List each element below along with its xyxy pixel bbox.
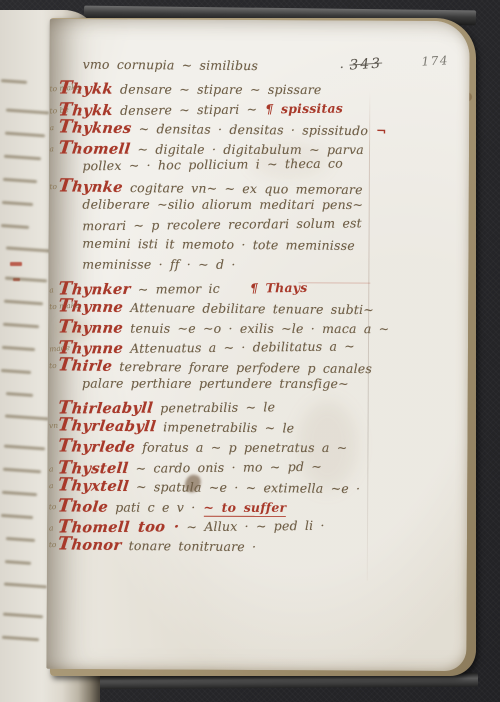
rubric-tail: ¶ spissitas — [265, 100, 343, 116]
facing-page-ghost-text — [6, 537, 35, 542]
entry-text: ~ Allux · ~ ped li · — [186, 518, 324, 534]
facing-page-ghost-text — [1, 224, 29, 229]
entry-text: morari ~ p recolere recordari solum est — [82, 215, 362, 233]
glossary-line: deliberare ~silio aliorum meditari pens~ — [58, 197, 388, 217]
text-block: vmo cornupia ~ similibusto makeThykkdens… — [58, 58, 389, 556]
headword-rubric: Thonor — [57, 534, 123, 556]
manuscript-photograph: 343 174 vmo cornupia ~ similibusto makeT… — [0, 0, 500, 702]
folio-number-pencil: 174 — [421, 53, 449, 68]
glossary-line: aThomell~ digitale · digitabulum ~ parva — [58, 137, 388, 157]
facing-page-ghost-text — [3, 178, 37, 183]
entry-text: ~ memor ic — [138, 281, 220, 297]
glossary-line: toTholepati c e v ·~ to suffer — [58, 495, 388, 515]
facing-page-ghost-text — [6, 246, 51, 252]
facing-page-ghost-text — [4, 155, 41, 161]
glossary-line: aThyknes~ densitas · densitas · spissitu… — [58, 116, 388, 139]
glossary-line: aThystell~ cardo onis · mo ~ pd ~ — [58, 454, 388, 477]
entry-text: ~ cardo onis · mo ~ pd ~ — [136, 459, 322, 476]
entry-text: terebrare forare perfodere p canales — [119, 359, 372, 376]
entry-text: vmo cornupia ~ similibus — [83, 57, 259, 74]
entry-text: densere ~ stipari ~ — [120, 101, 257, 117]
glossary-line: vmo cornupia ~ similibus — [59, 56, 389, 79]
entry-text: tenuis ~e ~o · exilis ~le · maca a ~ — [130, 320, 389, 335]
facing-page-ghost-text — [5, 132, 45, 138]
glossary-line: to beThykkdensere ~ stipari ~¶ spissitas — [58, 96, 388, 119]
headword-rubric: Thyrlede — [57, 435, 137, 456]
entry-text: Attenuare debilitare tenuare subti~ — [130, 300, 374, 317]
entry-text: penetrabilis ~ le — [160, 399, 275, 415]
facing-page-ghost-text — [5, 414, 49, 420]
facing-page-ghost-text — [3, 323, 39, 329]
entry-text: ~ densitas · densitas · spissitudo — [139, 121, 369, 138]
headword-rubric: Thynke — [57, 176, 124, 198]
entry-text: Attenuatus a ~ · debilitatus a ~ — [130, 339, 355, 356]
facing-page-ghost-text — [2, 491, 37, 496]
headword-rubric: Thomell — [57, 137, 131, 158]
glossary-line: toThonortonare tonitruare · — [58, 534, 388, 557]
rubric-tail: ¶ Thays — [250, 280, 308, 296]
entry-text: ~ spatula ~e · ~ extimella ~e · — [136, 479, 360, 496]
entry-text: pati c e v · — [115, 499, 195, 514]
manuscript-page: 343 174 vmo cornupia ~ similibusto makeT… — [46, 19, 469, 671]
facing-page-ghost-text — [3, 468, 41, 474]
glossary-line: Thynnetenuis ~e ~o · exilis ~le · maca a… — [58, 316, 388, 336]
headword-rubric: Thynne — [57, 316, 124, 337]
facing-page-ghost-text — [2, 201, 33, 206]
headword-rubric: Thirle — [57, 355, 114, 376]
headword-rubric: Thynne — [57, 295, 124, 317]
facing-page-ghost-text — [5, 277, 47, 283]
glossary-line: Thyrledeforatus a ~ p penetratus a ~ — [58, 435, 388, 455]
glossary-line: toThirleterebrare forare perfodere p can… — [58, 355, 388, 378]
glossary-line: to makeThynneAttenuare debilitare tenuar… — [58, 295, 388, 318]
facing-page-ghost-text — [1, 369, 31, 374]
glossary-line: palare perthiare pertundere transfige~ — [58, 376, 388, 396]
facing-page-red-mark — [10, 262, 22, 266]
entry-text: foratus a ~ p penetratus a ~ — [142, 440, 347, 455]
headword-rubric: Thyrleabyll — [57, 414, 158, 436]
headword-rubric: Thykk — [57, 77, 114, 98]
facing-page-ghost-text — [5, 560, 31, 565]
glossary-line: memini isti it memoto · tote meminisse — [58, 235, 388, 258]
facing-page-ghost-text — [2, 636, 39, 642]
facing-page-ghost-text — [6, 392, 33, 397]
facing-page-ghost-text — [3, 613, 43, 619]
facing-page-ghost-text — [4, 300, 43, 306]
rubric-tail: ¬ — [376, 123, 387, 138]
glossary-line: vnThyrleabyllimpenetrabilis ~ le — [58, 414, 388, 437]
entry-text: meminisse · ff · ~ d · — [82, 256, 235, 271]
facing-page-ghost-text — [6, 109, 49, 115]
glossary-line: toThynkecogitare vn~ ~ ex quo memorare — [58, 176, 388, 199]
entry-text: densare ~ stipare ~ spissare — [120, 82, 321, 97]
entry-text: memini isti it memoto · tote meminisse — [82, 236, 355, 253]
facing-page-ghost-text — [1, 514, 33, 519]
headword-rubric: Thyxtell — [57, 474, 131, 496]
glossary-line: to makeThykkdensare ~ stipare ~ spissare — [59, 77, 389, 97]
entry-text: pollex ~ · hoc pollicium i ~ theca co — [82, 156, 343, 174]
glossary-line: aThyxtell~ spatula ~e · ~ extimella ~e · — [58, 474, 388, 497]
headword-rubric: Thyknes — [57, 116, 133, 138]
facing-page-ghost-text — [4, 445, 45, 451]
entry-text: ~ digitale · digitabulum ~ parva — [137, 141, 363, 156]
headword-rubric: Thole — [57, 495, 110, 516]
entry-text: palare perthiare pertundere transfige~ — [82, 376, 349, 391]
entry-text: deliberare ~silio aliorum meditari pens~ — [82, 197, 363, 212]
glossary-line: meminisse · ff · ~ d · — [58, 256, 388, 276]
entry-text: impenetrabilis ~ le — [163, 419, 294, 435]
facing-page-ghost-text — [4, 583, 47, 589]
glossary-line: aThynker~ memor ic¶ Thays — [58, 275, 388, 298]
entry-text: cogitare vn~ ~ ex quo memorare — [130, 180, 363, 197]
facing-page-ghost-text — [2, 346, 35, 351]
entry-text: tonare tonitruare · — [129, 538, 257, 554]
facing-page-ghost-text — [1, 79, 27, 84]
